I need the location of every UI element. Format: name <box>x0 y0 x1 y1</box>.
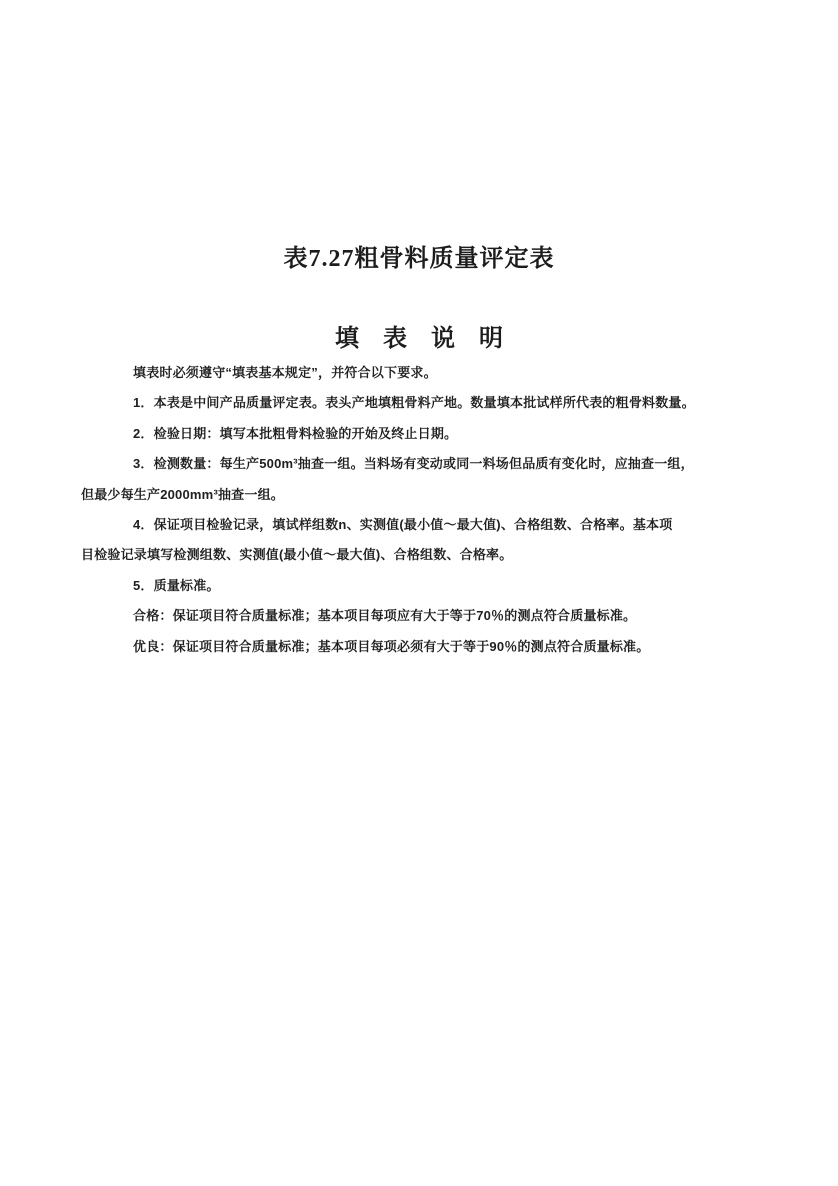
instructions-body: 填表时必须遵守“填表基本规定”，并符合以下要求。 1．本表是中间产品质量评定表。… <box>81 358 771 662</box>
body-line-item2: 2．检验日期：填写本批粗骨料检验的开始及终止日期。 <box>81 419 771 449</box>
body-line-item1: 1．本表是中间产品质量评定表。表头产地填粗骨料产地。数量填本批试样所代表的粗骨料… <box>81 388 771 418</box>
body-line-qualified: 合格：保证项目符合质量标准；基本项目每项应有大于等于70％的测点符合质量标准。 <box>81 601 771 631</box>
fill-instructions-heading: 填 表 说 明 <box>0 318 838 353</box>
body-line-item3-cont: 但最少每生产2000mm³抽查一组。 <box>81 480 771 510</box>
body-line-intro: 填表时必须遵守“填表基本规定”，并符合以下要求。 <box>81 358 771 388</box>
body-line-item4: 4．保证项目检验记录，填试样组数n、实测值(最小值～最大值)、合格组数、合格率。… <box>81 510 771 540</box>
page-title: 表7.27粗骨料质量评定表 <box>0 238 838 273</box>
document-page: 表7.27粗骨料质量评定表 填 表 说 明 填表时必须遵守“填表基本规定”，并符… <box>0 0 838 1186</box>
body-line-excellent: 优良：保证项目符合质量标准；基本项目每项必须有大于等于90％的测点符合质量标准。 <box>81 632 771 662</box>
body-line-item4-cont: 目检验记录填写检测组数、实测值(最小值～最大值)、合格组数、合格率。 <box>81 540 771 570</box>
body-line-item5: 5．质量标准。 <box>81 571 771 601</box>
body-line-item3: 3．检测数量：每生产500m³抽查一组。当料场有变动或同一料场但品质有变化时，应… <box>81 449 771 479</box>
